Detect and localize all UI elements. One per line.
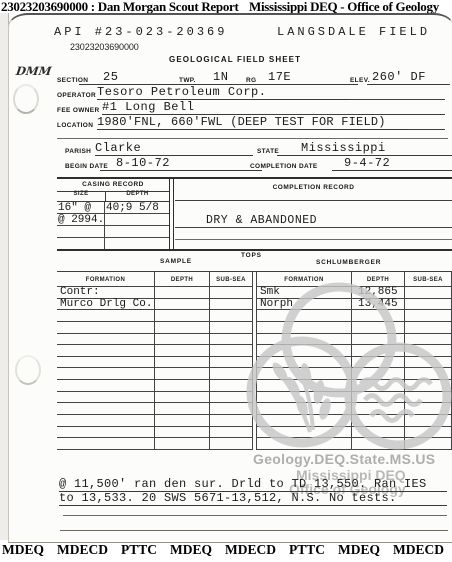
tops-cell [155,310,210,322]
tops-cell: Murco Drlg Co. [57,299,155,311]
api-number: API #23-023-20369 [54,25,227,39]
operator-underline [348,99,445,100]
blank-remark-line-2 [60,530,448,531]
rg-label: RG [246,77,256,84]
footer-item: MDECD [393,542,444,558]
tops-cell [155,368,210,380]
tops-cell [155,287,210,299]
blank-field-line [57,138,448,139]
tops-cell [57,427,155,439]
completion-line-3 [175,239,452,240]
begin-date-value: 8-10-72 [100,157,262,171]
scanned-document-page: 23023203690000 : Dan Morgan Scout Report… [0,0,452,562]
tops-cell [155,299,210,311]
state-value: Mississippi [277,142,452,156]
footer-item: MDEQ [338,542,380,558]
tops-header-cell: DEPTH [155,272,210,287]
tops-cell [155,403,210,415]
casing-cell: 40;9 5/8 [105,202,169,214]
sheet-title: GEOLOGICAL FIELD SHEET [169,55,301,64]
casing-section-top-line [57,177,452,179]
casing-completion-divider [169,179,174,249]
footer-item: MDEQ [170,542,212,558]
tops-cell [57,322,155,334]
tops-cell: Contr: [57,287,155,299]
footer-item: MDECD [225,542,276,558]
tops-cell [155,392,210,404]
hole-punch-top [13,84,39,114]
tops-cell [57,392,155,404]
tops-cell [155,334,210,346]
tops-cell [57,438,155,450]
tops-cell [57,380,155,392]
tops-cell [155,322,210,334]
blank-remark-line-1 [63,515,447,516]
footer-item: PTTC [121,542,157,558]
deq-logo-watermark [240,280,452,452]
hole-punch-middle [15,355,41,385]
tops-cell [57,403,155,415]
casing-cell: @ 2994. [57,214,105,226]
tops-cell [155,345,210,357]
twp-label: TWP. [179,77,196,84]
completion-date-value: 9-4-72 [332,157,452,171]
tops-cell [57,334,155,346]
completion-date-label: COMPLETION DATE [250,163,318,170]
fee-owner-value: #1 Long Bell [102,101,263,115]
watermark-url: Geology.DEQ.State.MS.US [253,451,435,467]
field-name: LANGSDALE FIELD [277,25,430,39]
tops-cell [57,357,155,369]
footer-item: MDEQ [2,542,44,558]
page-header-left: 23023203690000 : Dan Morgan Scout Report [1,0,239,14]
tops-cell [155,415,210,427]
completion-line-2 [175,227,452,228]
tops-cell [57,310,155,322]
footer-item: PTTC [289,542,325,558]
completion-line-1 [175,200,452,201]
casing-col-depth: DEPTH [106,191,169,201]
casing-col-size: SIZE [57,191,106,201]
completion-record-title: COMPLETION RECORD [175,184,452,191]
page-header-right: Mississippi DEQ - Office of Geology [249,0,439,14]
operator-label: OPERATOR [57,92,96,99]
rg-value: 17E [257,71,358,85]
casing-section-bottom-line [57,249,452,251]
elev-value: 260' DF [367,71,450,85]
plant-leaves-icon [270,360,333,421]
schlumberger-title: SCHLUMBERGER [316,259,381,266]
casing-cell [105,226,169,238]
operator-value: Tesoro Petroleum Corp. [97,86,348,100]
tops-cell [155,427,210,439]
fee-owner-label: FEE OWNER [57,107,100,114]
completion-status: DRY & ABANDONED [206,214,317,227]
location-value: 1980'FNL, 660'FWL (DEEP TEST FOR FIELD) [97,116,408,130]
tops-cell [155,357,210,369]
state-label: STATE [257,148,279,155]
tops-cell [57,345,155,357]
remark-line-2: to 13,533. 20 SWS 5671-13,512, N.S. No t… [59,491,447,506]
casing-body: 16" @40;9 5/8@ 2994. [57,202,169,250]
casing-cell [57,226,105,238]
tops-cell [155,380,210,392]
page-footer: MDEQMDECDPTTCMDEQMDECDPTTCMDEQMDECDPTTCM… [2,542,452,558]
sample-title: SAMPLE [160,258,192,265]
tops-cell [57,368,155,380]
remark-line-1: @ 11,500' ran den sur. Drld to TD 13,550… [59,477,447,492]
location-label: LOCATION [57,122,93,129]
parish-label: PARISH [65,148,91,155]
permit-number: 23023203690000 [70,42,139,52]
location-underline [408,129,445,130]
margin-initials: DMM [15,64,52,78]
tops-header-cell: FORMATION [57,272,155,287]
casing-cell [105,214,169,226]
footer-item: MDECD [57,542,108,558]
casing-header-row: SIZE DEPTH [57,191,169,202]
tops-title: TOPS [241,252,262,259]
parish-value: Clarke [95,142,253,156]
tops-cell [57,415,155,427]
tops-cell [155,438,210,450]
casing-cell: 16" @ [57,202,105,214]
